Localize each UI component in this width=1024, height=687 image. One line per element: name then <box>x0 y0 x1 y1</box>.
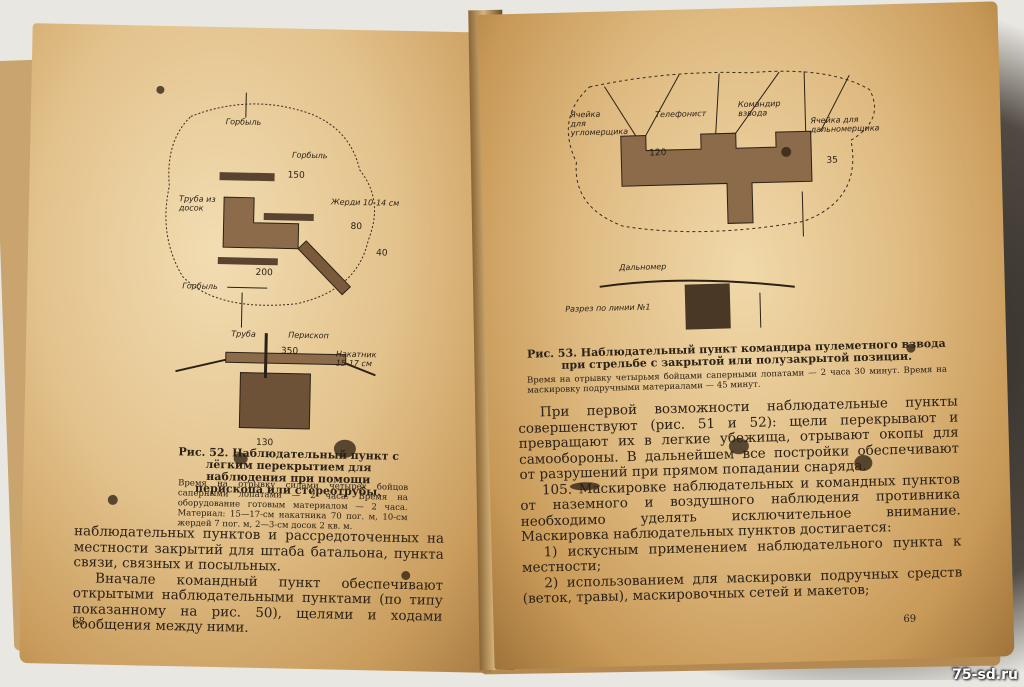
figure-52-note: Время на отрывку силами четырех бойцов с… <box>177 478 408 533</box>
label-zherdi: Жерди 10-14 см <box>331 197 399 207</box>
label-dalnomer: Дальномер <box>619 262 666 272</box>
dim-80: 80 <box>350 222 362 232</box>
dim-150: 150 <box>288 170 305 180</box>
label-truba: Труба <box>231 329 256 339</box>
label-gorbyl-3: Горбыль <box>182 281 218 291</box>
figure-53-plan-diagram <box>549 59 893 243</box>
page-number-left: 68 <box>72 616 85 627</box>
label-gorbyl-2: Горбыль <box>292 151 328 161</box>
paragraph: наблюдательных пунктов и рассредоточенны… <box>73 524 444 578</box>
mold-spot <box>108 495 118 505</box>
figure-53-section-diagram <box>594 261 806 341</box>
label-yacheyka-uglomer: Ячейка для угломерщика <box>570 109 619 137</box>
label-gorbyl-1: Горбыль <box>226 117 262 127</box>
dim-40: 40 <box>376 248 388 258</box>
label-nakatnik: Накатник 15-17 см <box>336 350 386 369</box>
figure-52-section-diagram <box>164 331 386 446</box>
right-page-body: При первой возможности наблюдательные пу… <box>518 394 963 607</box>
label-telefonist: Телефонист <box>655 109 706 119</box>
label-komandir-vzvoda: Командир взвода <box>738 99 788 118</box>
label-yacheyka-dalnomer: Ячейка для дальномерщика <box>810 115 865 134</box>
right-page: Ячейка для угломерщика Телефонист Команд… <box>478 1 1015 669</box>
page-number-right: 69 <box>903 614 916 625</box>
dim-35: 35 <box>826 156 838 166</box>
dim-350: 350 <box>281 346 298 356</box>
dim-200: 200 <box>255 268 272 278</box>
label-periskop: Перископ <box>288 331 329 341</box>
paragraph: Вначале командный пункт обеспечивают отк… <box>72 571 443 641</box>
dim-120: 120 <box>649 148 666 158</box>
label-truba-iz-dosok: Труба из досок <box>179 194 219 213</box>
site-watermark: 75-sd.ru <box>952 667 1018 683</box>
left-page-body: наблюдательных пунктов и рассредоточенны… <box>72 524 444 640</box>
left-page: Горбыль Горбыль Горбыль Труба из досок Ж… <box>19 23 504 673</box>
